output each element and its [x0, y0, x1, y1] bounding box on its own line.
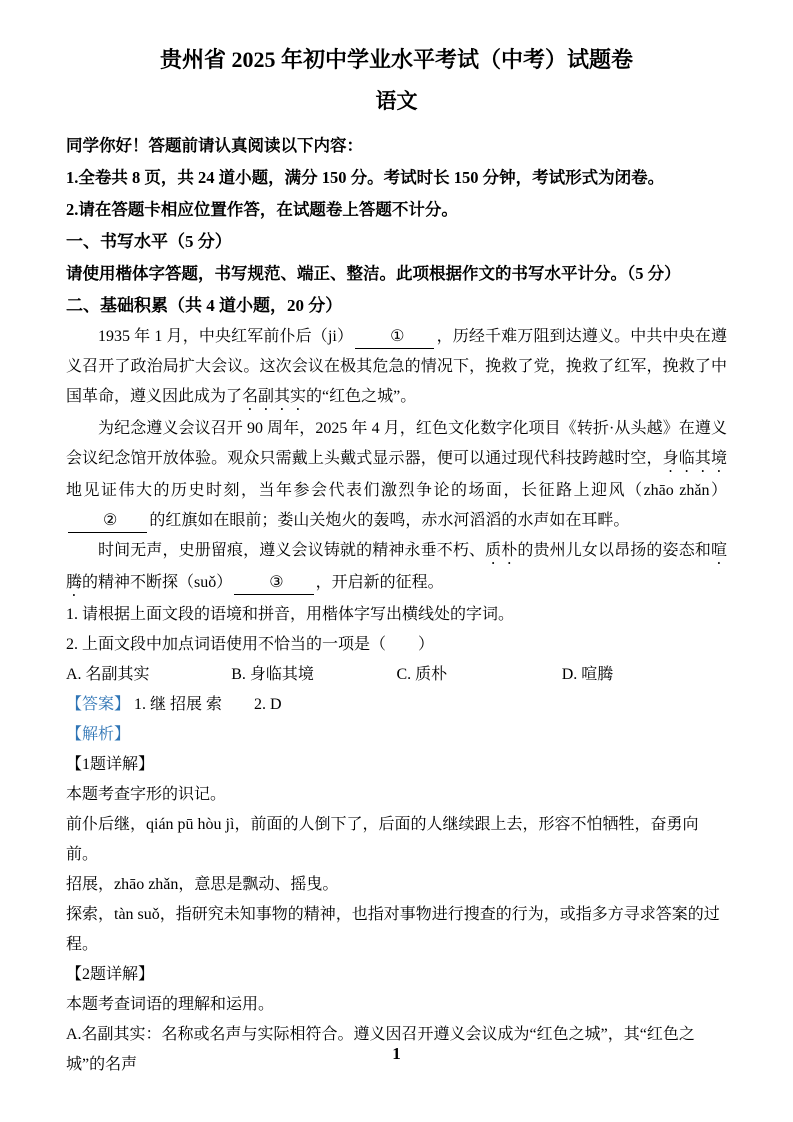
- p1-text-pre: 1935 年 1 月，中央红军前仆后（ji）: [98, 328, 353, 345]
- question-2: 2. 上面文段中加点词语使用不恰当的一项是（ ）: [66, 630, 727, 660]
- option-d: D. 喧腾: [562, 660, 727, 690]
- p2-text-post: 的红旗如在眼前；娄山关炮火的轰鸣，赤水河滔滔的水声如在耳畔。: [149, 512, 629, 529]
- detail-1-line-2: 前仆后继，qián pū hòu jì，前面的人倒下了，后面的人继续跟上去，形容…: [66, 810, 727, 870]
- detail-2-heading: 【2题详解】: [66, 960, 727, 990]
- option-a: A. 名副其实: [66, 660, 231, 690]
- analysis-label: 【解析】: [66, 720, 727, 750]
- option-c: C. 质朴: [397, 660, 562, 690]
- option-b: B. 身临其境: [231, 660, 396, 690]
- question-2-options: A. 名副其实 B. 身临其境 C. 质朴 D. 喧腾: [66, 660, 727, 690]
- exam-paper-page: 贵州省 2025 年初中学业水平考试（中考）试题卷 语文 同学你好！答题前请认真…: [0, 0, 793, 1122]
- p2-text-pre: 为纪念遵义会议召开 90 周年，2025 年 4 月，红色文化数字化项目《转折·…: [66, 420, 727, 467]
- section-2-heading: 二、基础积累（共 4 道小题，20 分）: [66, 290, 727, 322]
- reading-passage: 1935 年 1 月，中央红军前仆后（ji）①，历经千难万阻到达遵义。中共中央在…: [66, 322, 727, 600]
- section-1-heading: 一、书写水平（5 分）: [66, 226, 727, 258]
- answer-text: 1. 继 招展 索 2. D: [134, 696, 282, 713]
- passage-paragraph-2: 为纪念遵义会议召开 90 周年，2025 年 4 月，红色文化数字化项目《转折·…: [66, 414, 727, 536]
- doc-title: 贵州省 2025 年初中学业水平考试（中考）试题卷: [66, 46, 727, 74]
- detail-1-line-3: 招展，zhāo zhǎn，意思是飘动、摇曳。: [66, 870, 727, 900]
- emphasized-word-mingfuqishi: 名副其实: [242, 388, 306, 405]
- passage-paragraph-3: 时间无声，史册留痕，遵义会议铸就的精神永垂不朽、质朴的贵州儿女以昂扬的姿态和喧腾…: [66, 536, 727, 600]
- question-1: 1. 请根据上面文段的语境和拼音，用楷体字写出横线处的字词。: [66, 600, 727, 630]
- detail-1-line-1: 本题考查字形的识记。: [66, 780, 727, 810]
- blank-2-number: ②: [103, 512, 117, 529]
- p3-text-post: ，开启新的征程。: [316, 574, 444, 591]
- doc-subject: 语文: [66, 88, 727, 114]
- p3-text-mid1: 的贵州儿女以昂扬的姿态和: [517, 542, 711, 559]
- p3-text-mid2: 的精神不断探（suǒ）: [82, 574, 232, 591]
- blank-3-number: ③: [269, 574, 283, 591]
- section-1-body: 请使用楷体字答题，书写规范、端正、整洁。此项根据作文的书写水平计分。（5 分）: [66, 258, 727, 290]
- passage-paragraph-1: 1935 年 1 月，中央红军前仆后（ji）①，历经千难万阻到达遵义。中共中央在…: [66, 322, 727, 414]
- detail-1-heading: 【1题详解】: [66, 750, 727, 780]
- p1-text-post: 的“红色之城”。: [306, 388, 416, 405]
- detail-1-line-4: 探索，tàn suǒ，指研究未知事物的精神，也指对事物进行搜查的行为，或指多方寻…: [66, 900, 727, 960]
- greeting-line: 同学你好！答题前请认真阅读以下内容：: [66, 130, 727, 162]
- answer-label: 【答案】: [66, 696, 130, 713]
- fill-blank-1: ①: [355, 326, 434, 349]
- emphasized-word-shenlinqijing: 身临其境: [663, 450, 727, 467]
- page-number: 1: [0, 1044, 793, 1064]
- fill-blank-3: ③: [234, 572, 313, 595]
- p2-text-mid: 地见证伟大的历史时刻，当年参会代表们激烈争论的场面，长征路上迎风（zhāo zh…: [66, 482, 727, 499]
- blank-1-number: ①: [390, 328, 404, 345]
- notice-2: 2.请在答题卡相应位置作答，在试题卷上答题不计分。: [66, 194, 727, 226]
- answer-line: 【答案】1. 继 招展 索 2. D: [66, 690, 727, 720]
- detail-2-line-1: 本题考查词语的理解和运用。: [66, 990, 727, 1020]
- emphasized-word-zhipu: 质朴: [485, 542, 517, 559]
- fill-blank-2: ②: [68, 510, 147, 533]
- p3-text-pre: 时间无声，史册留痕，遵义会议铸就的精神永垂不朽、: [98, 542, 485, 559]
- notice-1: 1.全卷共 8 页，共 24 道小题，满分 150 分。考试时长 150 分钟，…: [66, 162, 727, 194]
